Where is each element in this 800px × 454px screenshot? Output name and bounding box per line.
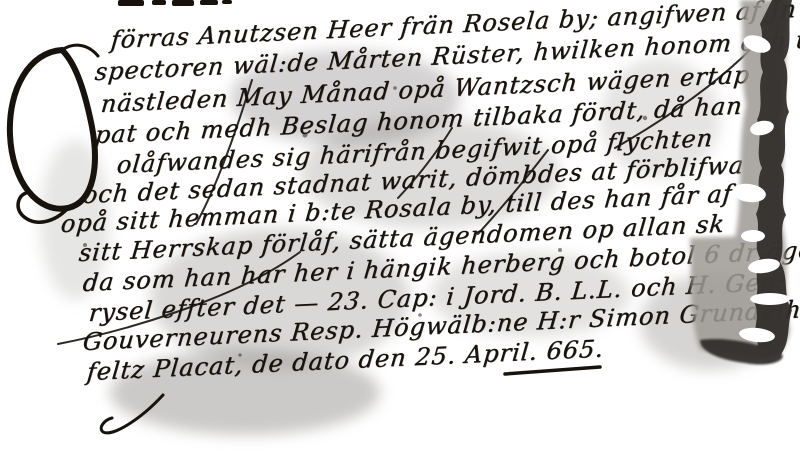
manuscript-text: förras Anutzsen Heer frän Rosela by; ang… [0, 0, 800, 454]
manuscript-scan: förras Anutzsen Heer frän Rosela by; ang… [0, 0, 800, 454]
